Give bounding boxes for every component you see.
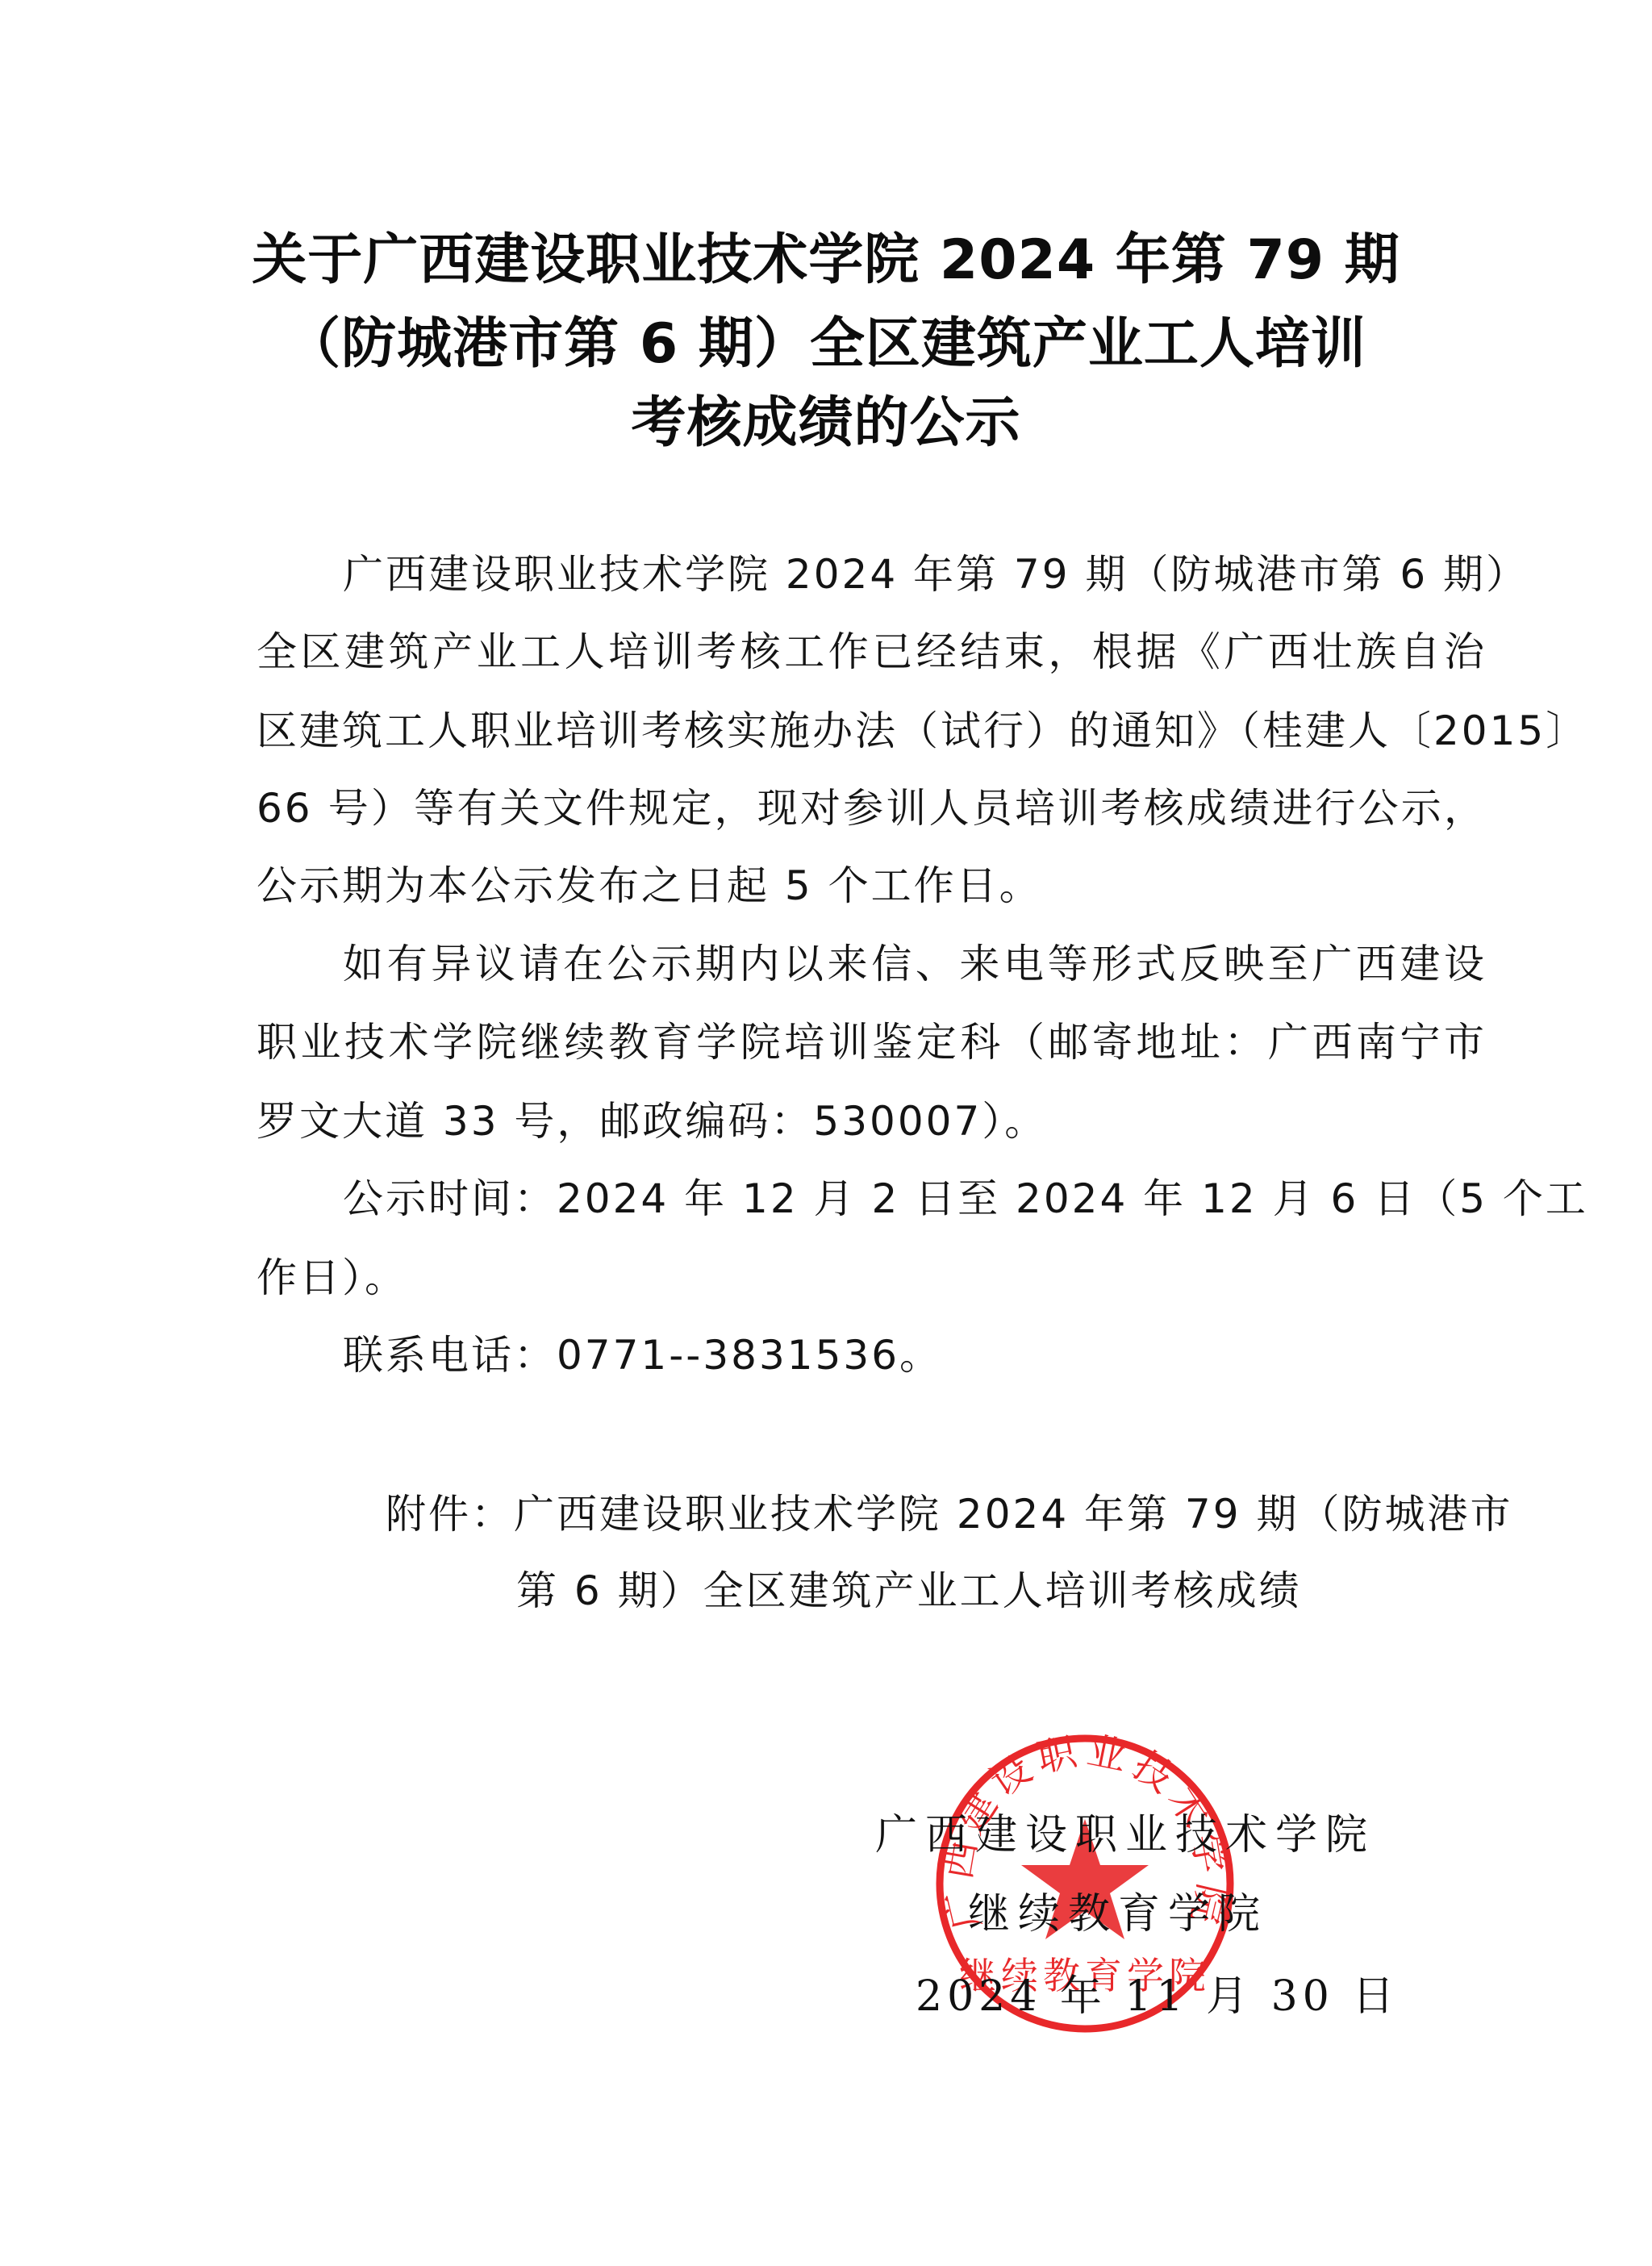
contact-phone: 联系电话：0771--3831536。 <box>343 1323 1487 1381</box>
body-line: 职业技术学院继续教育学院培训鉴定科（邮寄地址：广西南宁市 <box>257 1010 1487 1068</box>
body-line: 全区建筑产业工人培训考核工作已经结束，根据《广西壮族自治 <box>257 620 1487 678</box>
body-line: 罗文大道 33 号，邮政编码：530007）。 <box>257 1089 1487 1147</box>
attachment-line-2[interactable]: 第 6 期）全区建筑产业工人培训考核成绩 <box>516 1559 1302 1617</box>
body-line: 区建筑工人职业培训考核实施办法（试行）的通知》（桂建人〔2015〕 <box>257 699 1487 757</box>
title-line-2: （防城港市第 6 期）全区建筑产业工人培训 <box>0 300 1652 378</box>
signature-organization: 广西建设职业技术学院 <box>875 1801 1375 1861</box>
body-line: 公示时间：2024 年 12 月 2 日至 2024 年 12 月 6 日（5 … <box>343 1166 1487 1225</box>
title-line-3: 考核成绩的公示 <box>0 379 1652 457</box>
signature-department: 继续教育学院 <box>968 1880 1268 1940</box>
title-line-1: 关于广西建设职业技术学院 2024 年第 79 期 <box>0 216 1652 294</box>
body-line: 作日）。 <box>257 1246 1487 1304</box>
body-line: 公示期为本公示发布之日起 5 个工作日。 <box>257 853 1487 912</box>
body-line: 66 号）等有关文件规定，现对参训人员培训考核成绩进行公示， <box>257 776 1487 834</box>
attachment-line-1[interactable]: 附件：广西建设职业技术学院 2024 年第 79 期（防城港市 <box>386 1482 1487 1540</box>
body-line: 如有异议请在公示期内以来信、来电等形式反映至广西建设 <box>343 932 1487 990</box>
signature-date: 2024 年 11 月 30 日 <box>916 1962 1399 2022</box>
body-line: 广西建设职业技术学院 2024 年第 79 期（防城港市第 6 期） <box>343 542 1487 600</box>
